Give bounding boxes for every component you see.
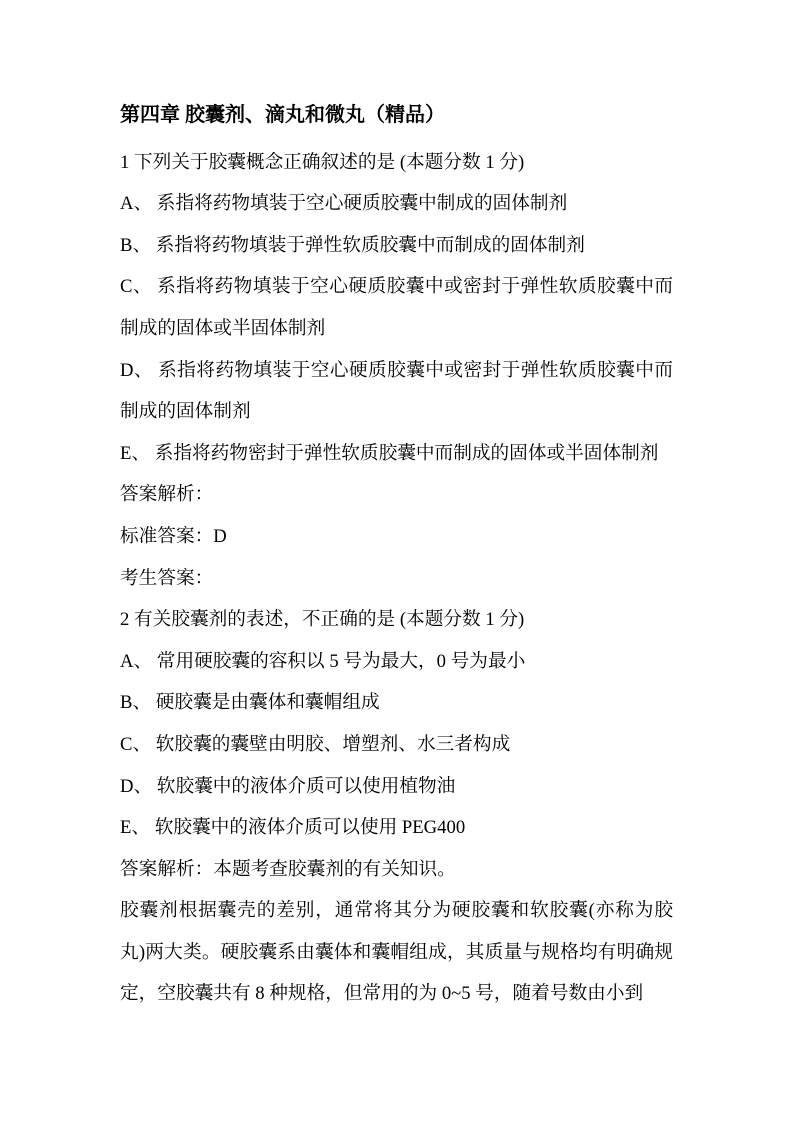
student-answer-label: 考生答案： — [120, 568, 213, 589]
question-2-option-c: C、 软胶囊的囊壁由明胶、增塑剂、水三者构成 — [120, 724, 673, 766]
question-2: 2 有关胶囊剂的表述，不正确的是 (本题分数 1 分) A、 常用硬胶囊的容积以… — [120, 599, 673, 1015]
analysis-text: 本题考查胶囊剂的有关知识。 — [213, 859, 456, 880]
standard-answer-value: D — [213, 526, 226, 547]
question-2-option-e: E、 软胶囊中的液体介质可以使用 PEG400 — [120, 807, 673, 849]
question-2-option-d: D、 软胶囊中的液体介质可以使用植物油 — [120, 766, 673, 808]
question-2-explanation: 胶囊剂根据囊壳的差别，通常将其分为硬胶囊和软胶囊(亦称为胶丸)两大类。硬胶囊系由… — [120, 890, 673, 1015]
document-content: 第四章 胶囊剂、滴丸和微丸（精品） 1 下列关于胶囊概念正确叙述的是 (本题分数… — [120, 95, 673, 1015]
question-2-option-a: A、 常用硬胶囊的容积以 5 号为最大，0 号为最小 — [120, 641, 673, 683]
question-1-analysis: 答案解析： — [120, 474, 673, 516]
question-1-option-c: C、 系指将药物填装于空心硬质胶囊中或密封于弹性软质胶囊中而制成的固体或半固体制… — [120, 266, 673, 349]
question-2-option-b: B、 硬胶囊是由囊体和囊帽组成 — [120, 682, 673, 724]
analysis-label: 答案解析： — [120, 484, 213, 505]
question-1-option-d: D、 系指将药物填装于空心硬质胶囊中或密封于弹性软质胶囊中而制成的固体制剂 — [120, 350, 673, 433]
chapter-title: 第四章 胶囊剂、滴丸和微丸（精品） — [120, 95, 673, 137]
analysis-label: 答案解析： — [120, 859, 213, 880]
question-1-stem: 1 下列关于胶囊概念正确叙述的是 (本题分数 1 分) — [120, 142, 673, 184]
question-1: 1 下列关于胶囊概念正确叙述的是 (本题分数 1 分) A、 系指将药物填装于空… — [120, 142, 673, 600]
question-2-stem: 2 有关胶囊剂的表述，不正确的是 (本题分数 1 分) — [120, 599, 673, 641]
question-1-option-e: E、 系指将药物密封于弹性软质胶囊中而制成的固体或半固体制剂 — [120, 433, 673, 475]
question-1-option-b: B、 系指将药物填装于弹性软质胶囊中而制成的固体制剂 — [120, 225, 673, 267]
question-1-student-answer: 考生答案： — [120, 558, 673, 600]
document-page: 第四章 胶囊剂、滴丸和微丸（精品） 1 下列关于胶囊概念正确叙述的是 (本题分数… — [0, 0, 794, 1123]
question-2-analysis: 答案解析：本题考查胶囊剂的有关知识。 — [120, 849, 673, 891]
question-1-option-a: A、 系指将药物填装于空心硬质胶囊中制成的固体制剂 — [120, 183, 673, 225]
question-1-standard-answer: 标准答案：D — [120, 516, 673, 558]
standard-answer-label: 标准答案： — [120, 526, 213, 547]
